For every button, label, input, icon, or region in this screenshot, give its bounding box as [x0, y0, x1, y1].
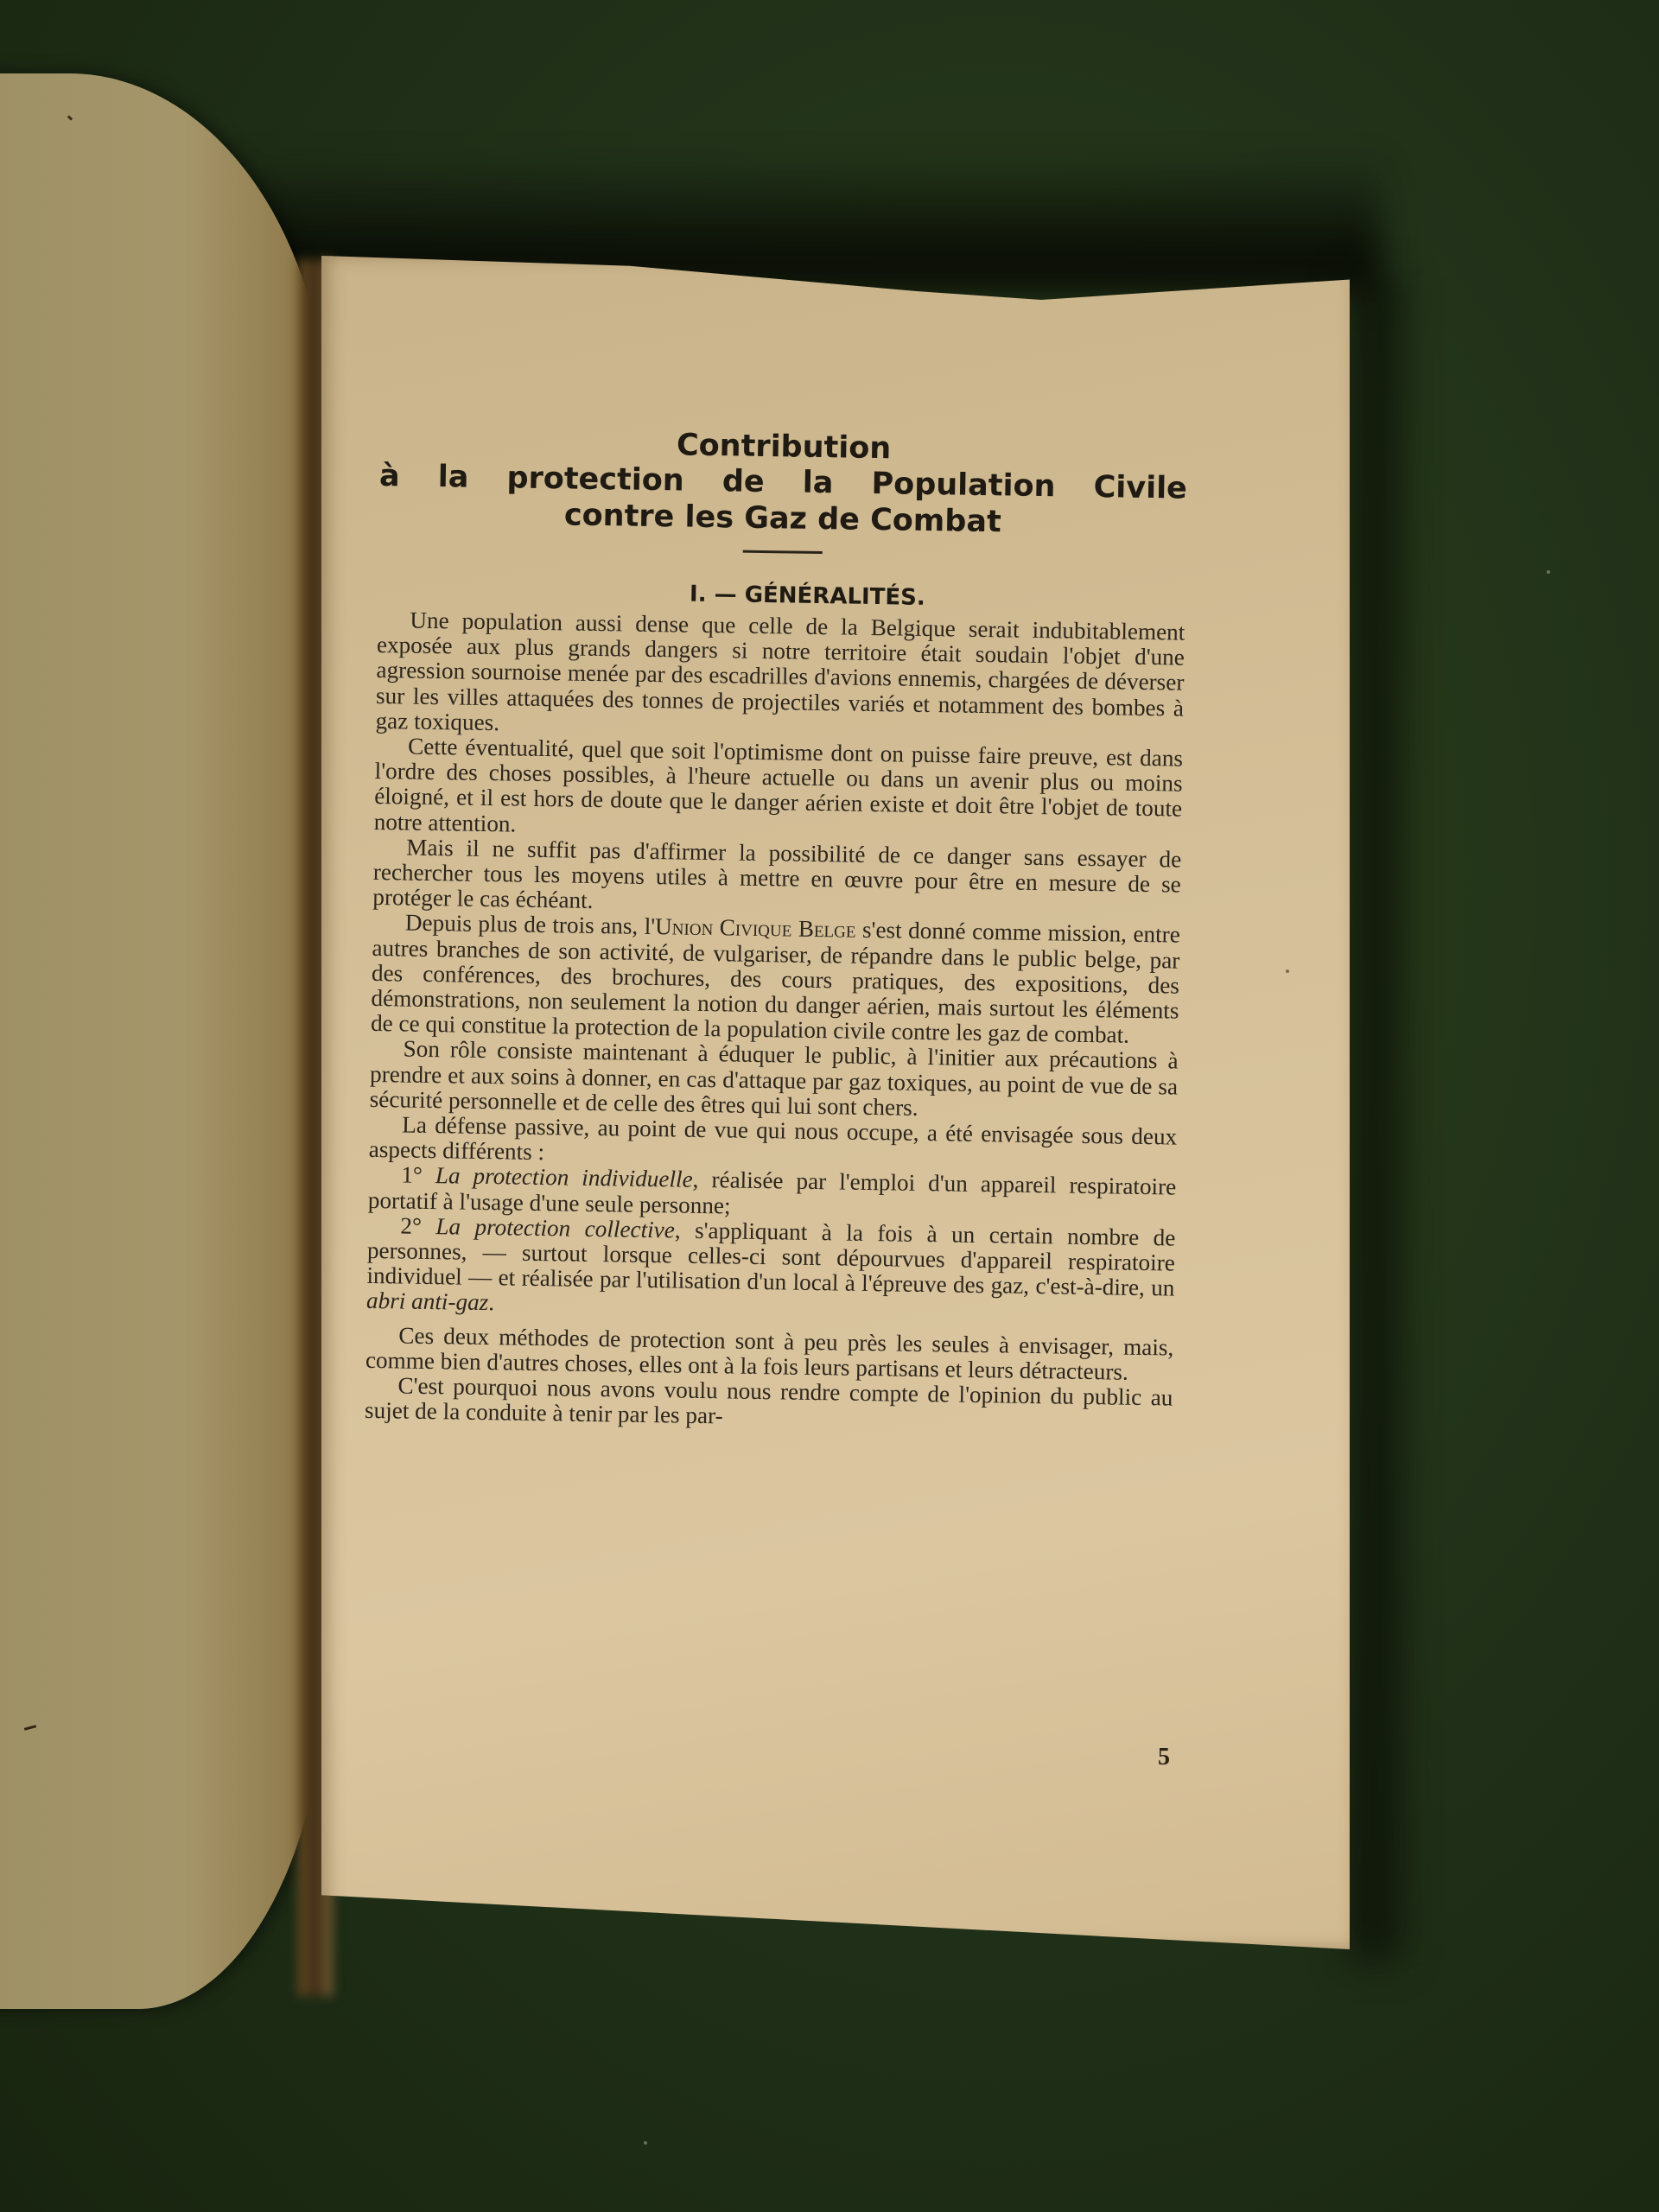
- list-item: 2° La protection collective, s'appliquan…: [366, 1213, 1176, 1326]
- left-page-verso: [0, 73, 328, 2009]
- paragraph: Une population aussi dense que celle de …: [375, 607, 1185, 747]
- page-shadow-right: [1348, 276, 1400, 1961]
- paragraph: Cette éventualité, quel que soit l'optim…: [374, 734, 1184, 847]
- cloth-speck: [644, 2141, 647, 2145]
- title-word: de: [722, 465, 765, 501]
- page-number: 5: [1158, 1744, 1170, 1771]
- page-content: Contribution à la protection de la Popul…: [365, 423, 1188, 1436]
- page-blemish: [1286, 969, 1289, 973]
- paragraph: Mais il ne suffit pas d'affirmer la poss…: [372, 835, 1181, 923]
- title-word: à: [379, 459, 400, 495]
- paragraph: Son rôle consiste maintenant à éduquer l…: [369, 1036, 1178, 1124]
- title-divider: [742, 550, 822, 553]
- body-text: Une population aussi dense que celle de …: [365, 607, 1185, 1436]
- list-number: 2°: [400, 1212, 422, 1238]
- title-word: Population: [871, 467, 1056, 505]
- title-word: la: [802, 466, 833, 502]
- list-term: abri anti-gaz: [366, 1287, 489, 1315]
- list-number: 1°: [401, 1162, 423, 1188]
- title-word: la: [437, 460, 468, 496]
- paragraph: Depuis plus de trois ans, l'Union Civiqu…: [371, 910, 1180, 1049]
- cloth-speck: [1547, 570, 1550, 574]
- chapter-title: Contribution à la protection de la Popul…: [378, 423, 1188, 543]
- organization-name: Union Civique Belge: [655, 913, 856, 943]
- paragraph-text: .: [488, 1289, 494, 1315]
- title-word: Civile: [1093, 470, 1187, 507]
- title-word: protection: [506, 461, 684, 500]
